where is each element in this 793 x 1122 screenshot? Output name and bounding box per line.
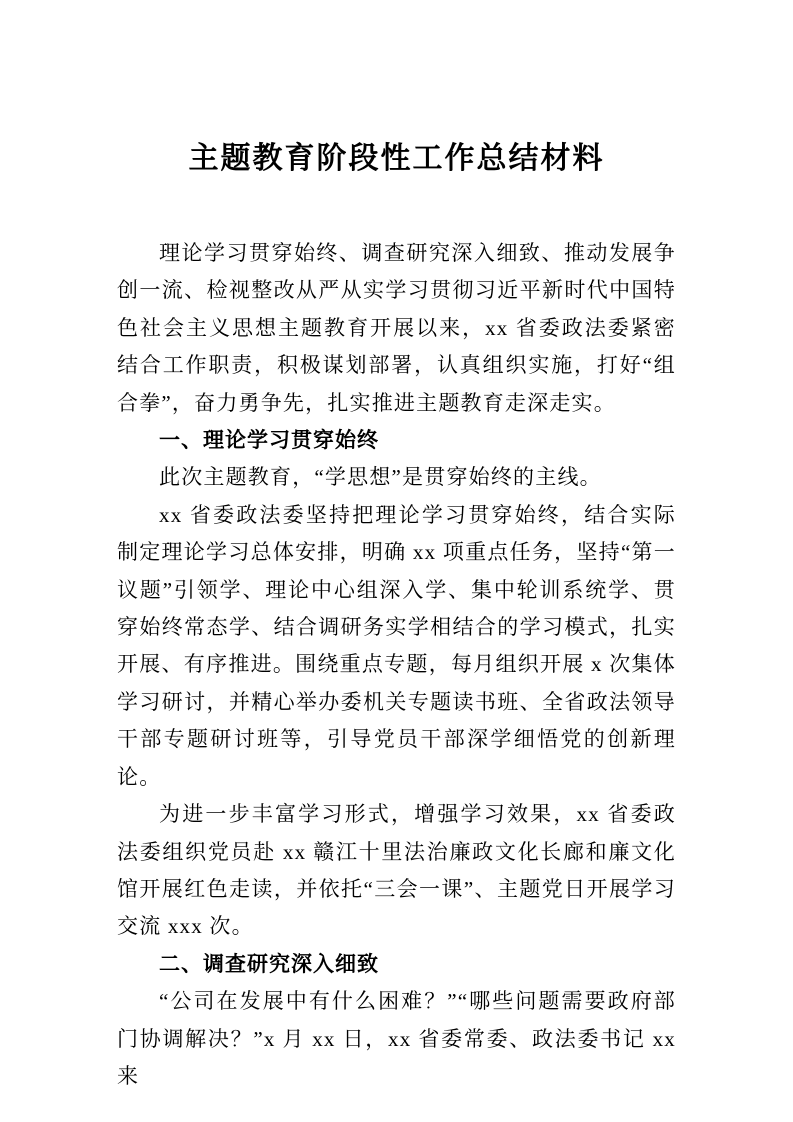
paragraph: 理论学习贯穿始终、调查研究深入细致、推动发展争创一流、检视整改从严从实学习贯彻习… [117, 235, 676, 422]
document-title: 主题教育阶段性工作总结材料 [117, 137, 676, 181]
paragraph: 此次主题教育，“学思想”是贯穿始终的主线。 [117, 459, 676, 496]
paragraph: 为进一步丰富学习形式，增强学习效果，xx 省委政法委组织党员赴 xx 赣江十里法… [117, 796, 676, 946]
document-page: 主题教育阶段性工作总结材料 理论学习贯穿始终、调查研究深入细致、推动发展争创一流… [0, 0, 793, 1122]
section-heading: 二、调查研究深入细致 [117, 946, 676, 983]
paragraph: xx 省委政法委坚持把理论学习贯穿始终，结合实际制定理论学习总体安排，明确 xx… [117, 497, 676, 796]
document-body: 理论学习贯穿始终、调查研究深入细致、推动发展争创一流、检视整改从严从实学习贯彻习… [117, 235, 676, 1095]
paragraph: “公司在发展中有什么困难？”“哪些问题需要政府部门协调解决？”x 月 xx 日，… [117, 983, 676, 1095]
section-heading: 一、理论学习贯穿始终 [117, 422, 676, 459]
